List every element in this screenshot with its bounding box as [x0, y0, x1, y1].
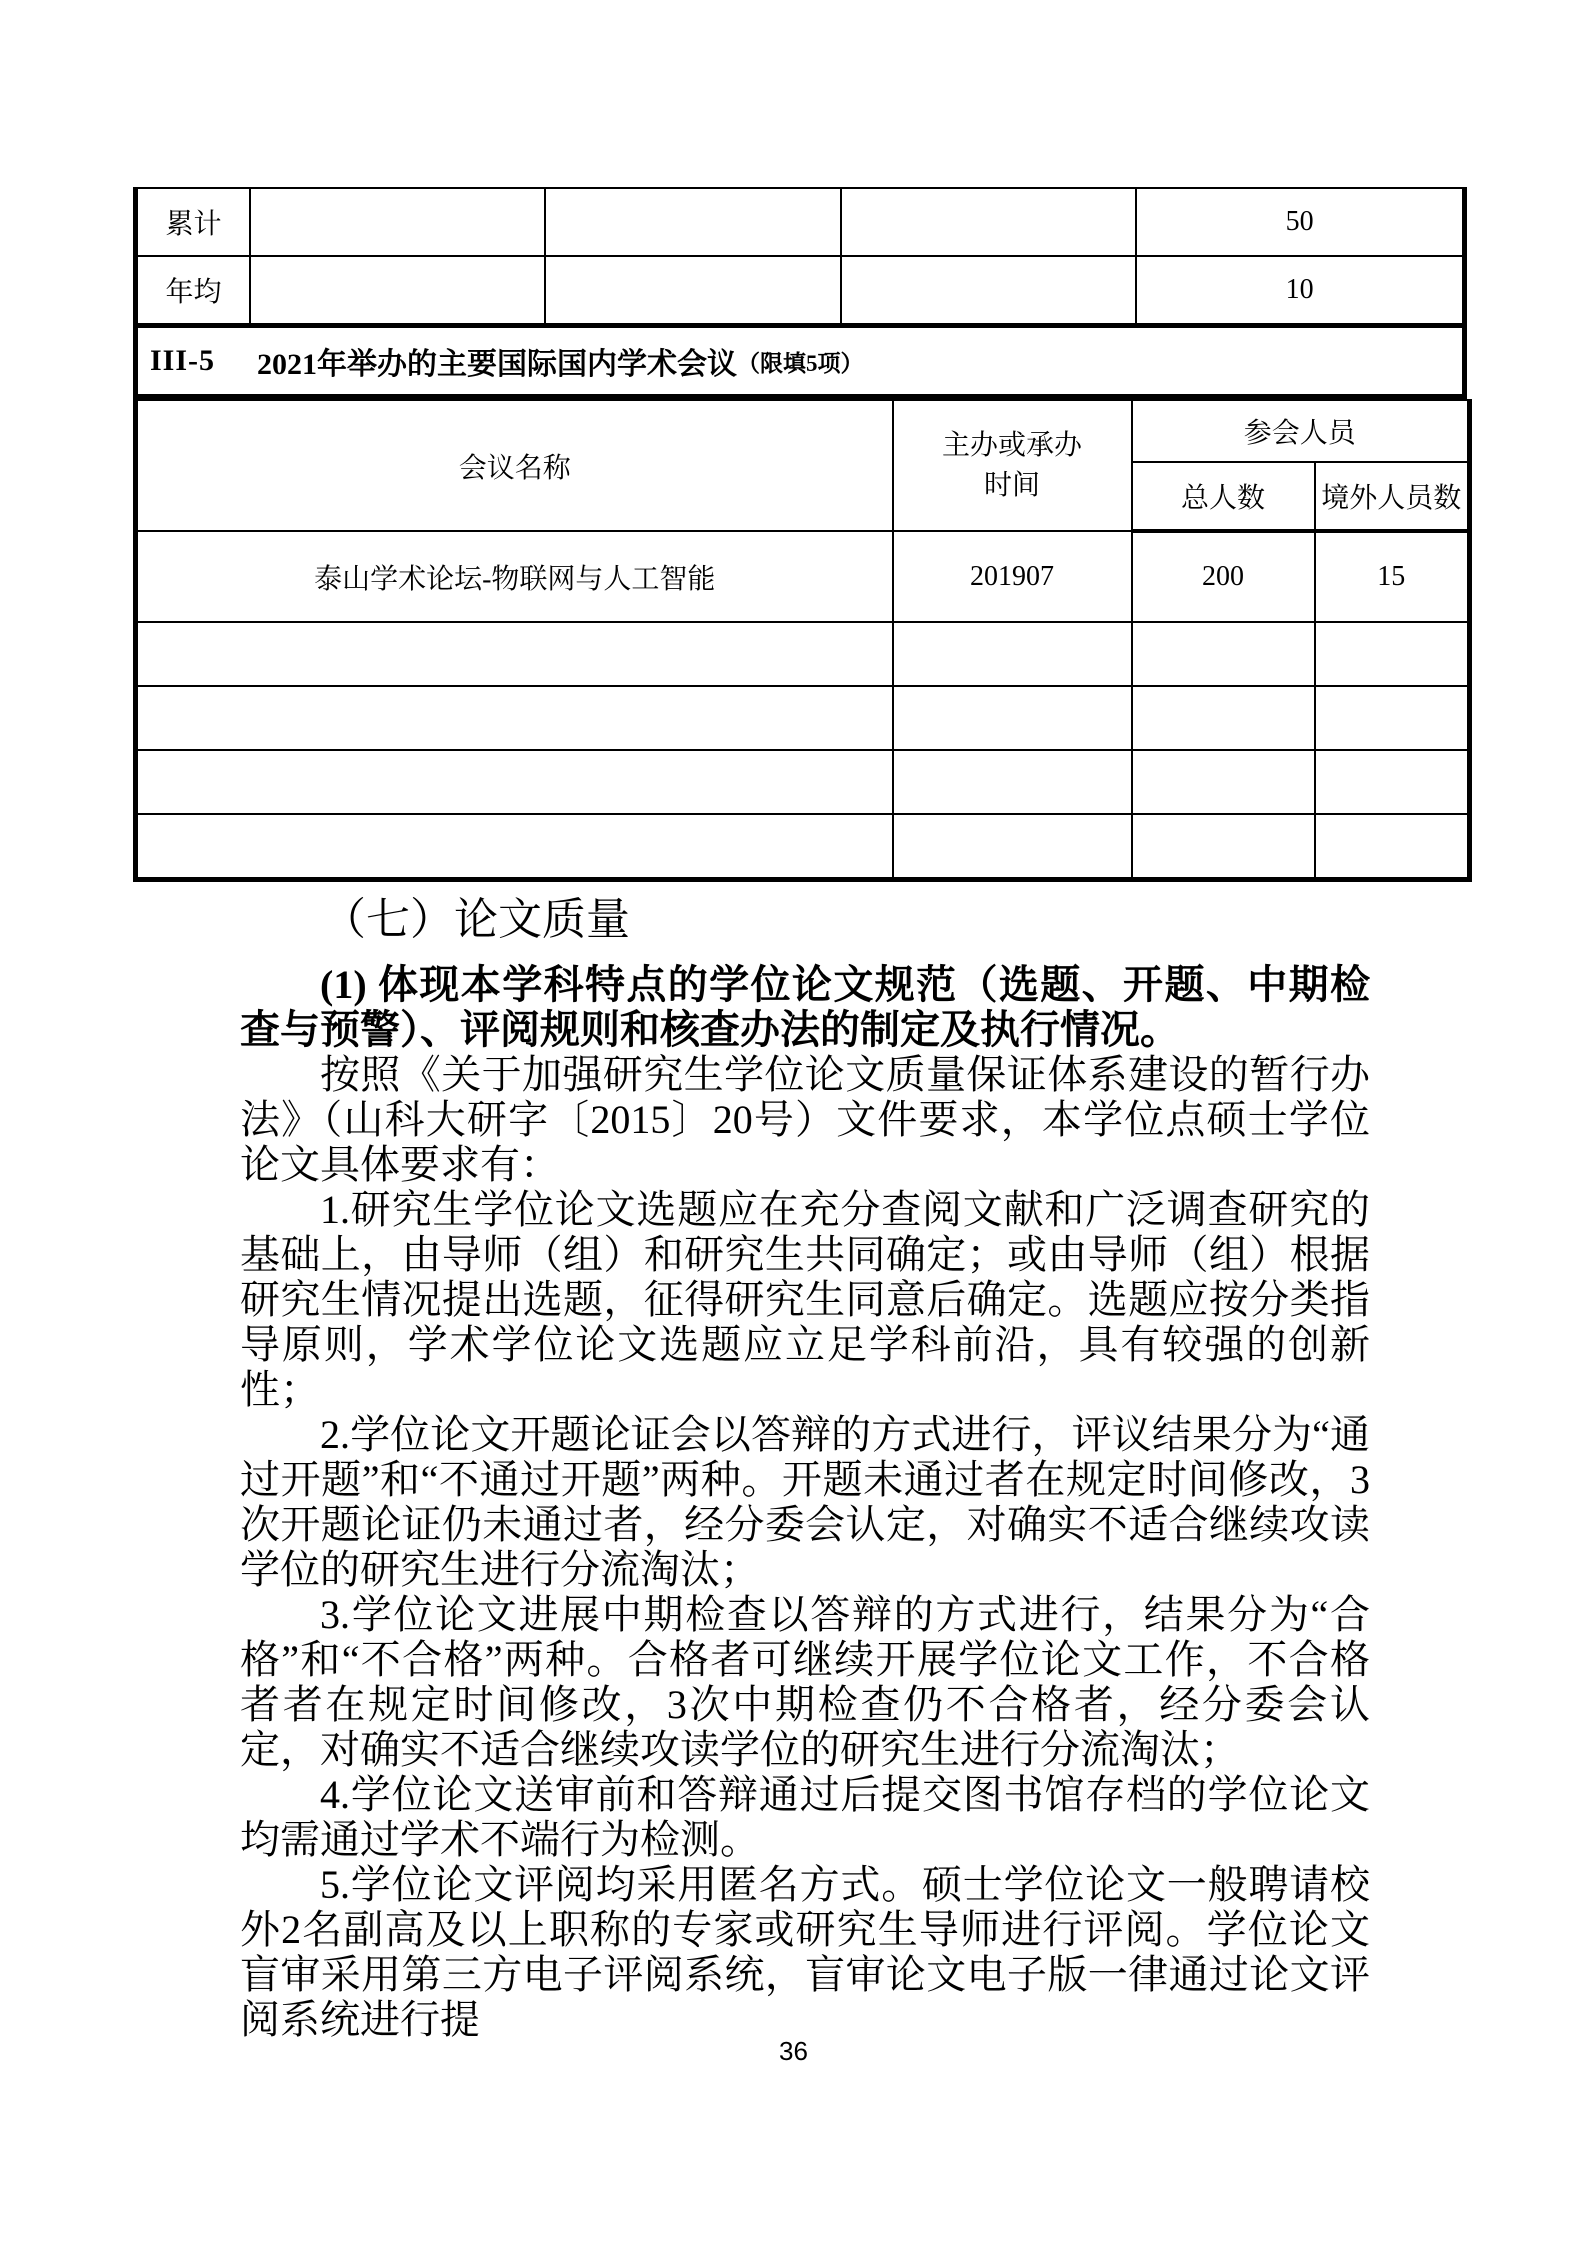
section-code: III-5 — [150, 344, 215, 378]
empty-cell — [136, 622, 893, 686]
conference-overseas: 15 — [1315, 531, 1470, 622]
col-header-overseas: 境外人员数 — [1315, 462, 1470, 531]
empty-cell — [1315, 686, 1470, 750]
col-header-participants: 参会人员 — [1132, 400, 1470, 462]
host-time-line1: 主办或承办 — [894, 426, 1131, 466]
conference-total: 200 — [1132, 531, 1315, 622]
empty-cell — [250, 188, 545, 256]
empty-cell — [136, 750, 893, 814]
empty-cell — [545, 188, 841, 256]
paragraph: 1.研究生学位论文选题应在充分查阅文献和广泛调查研究的基础上，由导师（组）和研究… — [240, 1187, 1370, 1412]
empty-cell — [1315, 622, 1470, 686]
paragraph-bold-intro: (1) 体现本学科特点的学位论文规范（选题、开题、中期检查与预警）、评阅规则和核… — [240, 962, 1370, 1052]
empty-cell — [841, 256, 1136, 326]
conference-table: 会议名称 主办或承办 时间 参会人员 总人数 境外人员数 泰山学术论坛-物联网与… — [133, 399, 1472, 882]
cumulative-value: 50 — [1136, 188, 1464, 256]
header-row: 会议名称 主办或承办 时间 参会人员 — [136, 400, 1470, 462]
row-label-cumulative: 累计 — [136, 188, 250, 256]
table-row: 年均 10 — [136, 256, 1465, 326]
document-page: 累计 50 年均 10 III-5 2021年举办的主要国际国内学术会议 — [0, 0, 1587, 2245]
form-tables: 累计 50 年均 10 III-5 2021年举办的主要国际国内学术会议 — [133, 187, 1467, 882]
section-note: （限填5项） — [737, 345, 864, 378]
col-header-host-time: 主办或承办 时间 — [893, 400, 1132, 531]
paragraph: 5.学位论文评阅均采用匿名方式。硕士学位论文一般聘请校外2名副高及以上职称的专家… — [240, 1862, 1370, 2042]
empty-cell — [1132, 686, 1315, 750]
page-number: 36 — [0, 2036, 1587, 2067]
summary-table: 累计 50 年均 10 — [133, 187, 1467, 328]
empty-cell — [1315, 814, 1470, 880]
section-bar-iii-5: III-5 2021年举办的主要国际国内学术会议 （限填5项） — [133, 328, 1467, 399]
col-header-total: 总人数 — [1132, 462, 1315, 531]
empty-cell — [250, 256, 545, 326]
section-heading: （七）论文质量 — [240, 890, 1452, 950]
host-time-line2: 时间 — [894, 466, 1131, 506]
empty-cell — [545, 256, 841, 326]
annual-average-value: 10 — [1136, 256, 1464, 326]
empty-cell — [1315, 750, 1470, 814]
body-text: (1) 体现本学科特点的学位论文规范（选题、开题、中期检查与预警）、评阅规则和核… — [240, 962, 1370, 2042]
conference-time: 201907 — [893, 531, 1132, 622]
empty-cell — [136, 686, 893, 750]
empty-cell — [893, 622, 1132, 686]
table-row — [136, 814, 1470, 880]
col-header-conference-name: 会议名称 — [136, 400, 893, 531]
row-label-annual-average: 年均 — [136, 256, 250, 326]
section-title: 2021年举办的主要国际国内学术会议 — [257, 339, 737, 383]
paragraph: 4.学位论文送审前和答辩通过后提交图书馆存档的学位论文均需通过学术不端行为检测。 — [240, 1772, 1370, 1862]
table-row — [136, 622, 1470, 686]
table-row: 泰山学术论坛-物联网与人工智能 201907 200 15 — [136, 531, 1470, 622]
empty-cell — [1132, 750, 1315, 814]
empty-cell — [1132, 622, 1315, 686]
table-row — [136, 686, 1470, 750]
empty-cell — [893, 814, 1132, 880]
empty-cell — [893, 750, 1132, 814]
empty-cell — [1132, 814, 1315, 880]
table-row: 累计 50 — [136, 188, 1465, 256]
empty-cell — [136, 814, 893, 880]
paragraph: 3.学位论文进展中期检查以答辩的方式进行，结果分为“合格”和“不合格”两种。合格… — [240, 1592, 1370, 1772]
empty-cell — [893, 686, 1132, 750]
conference-name: 泰山学术论坛-物联网与人工智能 — [136, 531, 893, 622]
paragraph: 按照《关于加强研究生学位论文质量保证体系建设的暂行办法》（山科大研字〔2015〕… — [240, 1052, 1370, 1187]
paragraph: 2.学位论文开题论证会以答辩的方式进行，评议结果分为“通过开题”和“不通过开题”… — [240, 1412, 1370, 1592]
table-row — [136, 750, 1470, 814]
empty-cell — [841, 188, 1136, 256]
